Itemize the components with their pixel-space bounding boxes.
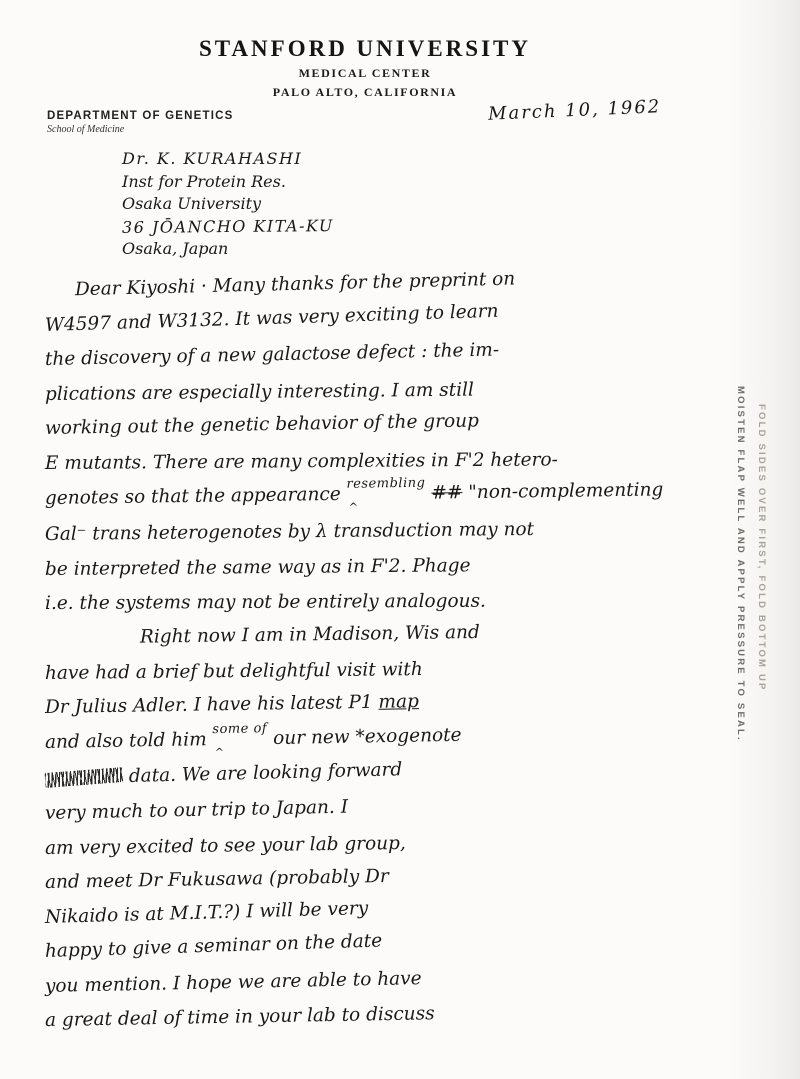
- department-block: DEPARTMENT OF GENETICS School of Medicin…: [47, 110, 234, 135]
- handwriting-line: Gal⁻ trans heterogenotes by λ transducti…: [45, 511, 705, 553]
- scanned-letter-page: STANFORD UNIVERSITY MEDICAL CENTER PALO …: [0, 0, 800, 1079]
- handwriting-line: 36 JŌANCHO KITA-KU: [122, 215, 334, 239]
- inserted-word: some of: [212, 721, 267, 737]
- department-name: DEPARTMENT OF GENETICS: [47, 110, 234, 122]
- struck-out-text: ##: [431, 482, 462, 503]
- handwriting-line: Inst for Protein Res.: [122, 171, 334, 194]
- letterhead-university: STANFORD UNIVERSITY: [0, 36, 730, 62]
- letterhead: STANFORD UNIVERSITY MEDICAL CENTER PALO …: [0, 36, 730, 100]
- inserted-word: resembling: [346, 475, 425, 491]
- handwriting-line: Osaka University: [122, 193, 334, 216]
- handwritten-date: March 10, 1962: [488, 96, 662, 125]
- scribbled-out-word: [45, 767, 124, 788]
- handwriting-line: be interpreted the same way as in F'2. P…: [45, 547, 705, 587]
- fold-instruction-seal: MOISTEN FLAP WELL AND APPLY PRESSURE TO …: [735, 386, 746, 742]
- letterhead-medical-center: MEDICAL CENTER: [0, 66, 730, 81]
- department-school: School of Medicine: [47, 124, 234, 135]
- underlined-word: map: [378, 691, 419, 713]
- fold-instruction-fold: FOLD SIDES OVER FIRST, FOLD BOTTOM UP: [756, 404, 767, 692]
- handwriting-line: Dr. K. KURAHASHI: [122, 148, 334, 171]
- handwriting-line: Osaka, Japan: [122, 238, 334, 261]
- letter-body: Dear Kiyoshi · Many thanks for the prepr…: [45, 274, 705, 1039]
- recipient-address: Dr. K. KURAHASHIInst for Protein Res.Osa…: [122, 148, 334, 261]
